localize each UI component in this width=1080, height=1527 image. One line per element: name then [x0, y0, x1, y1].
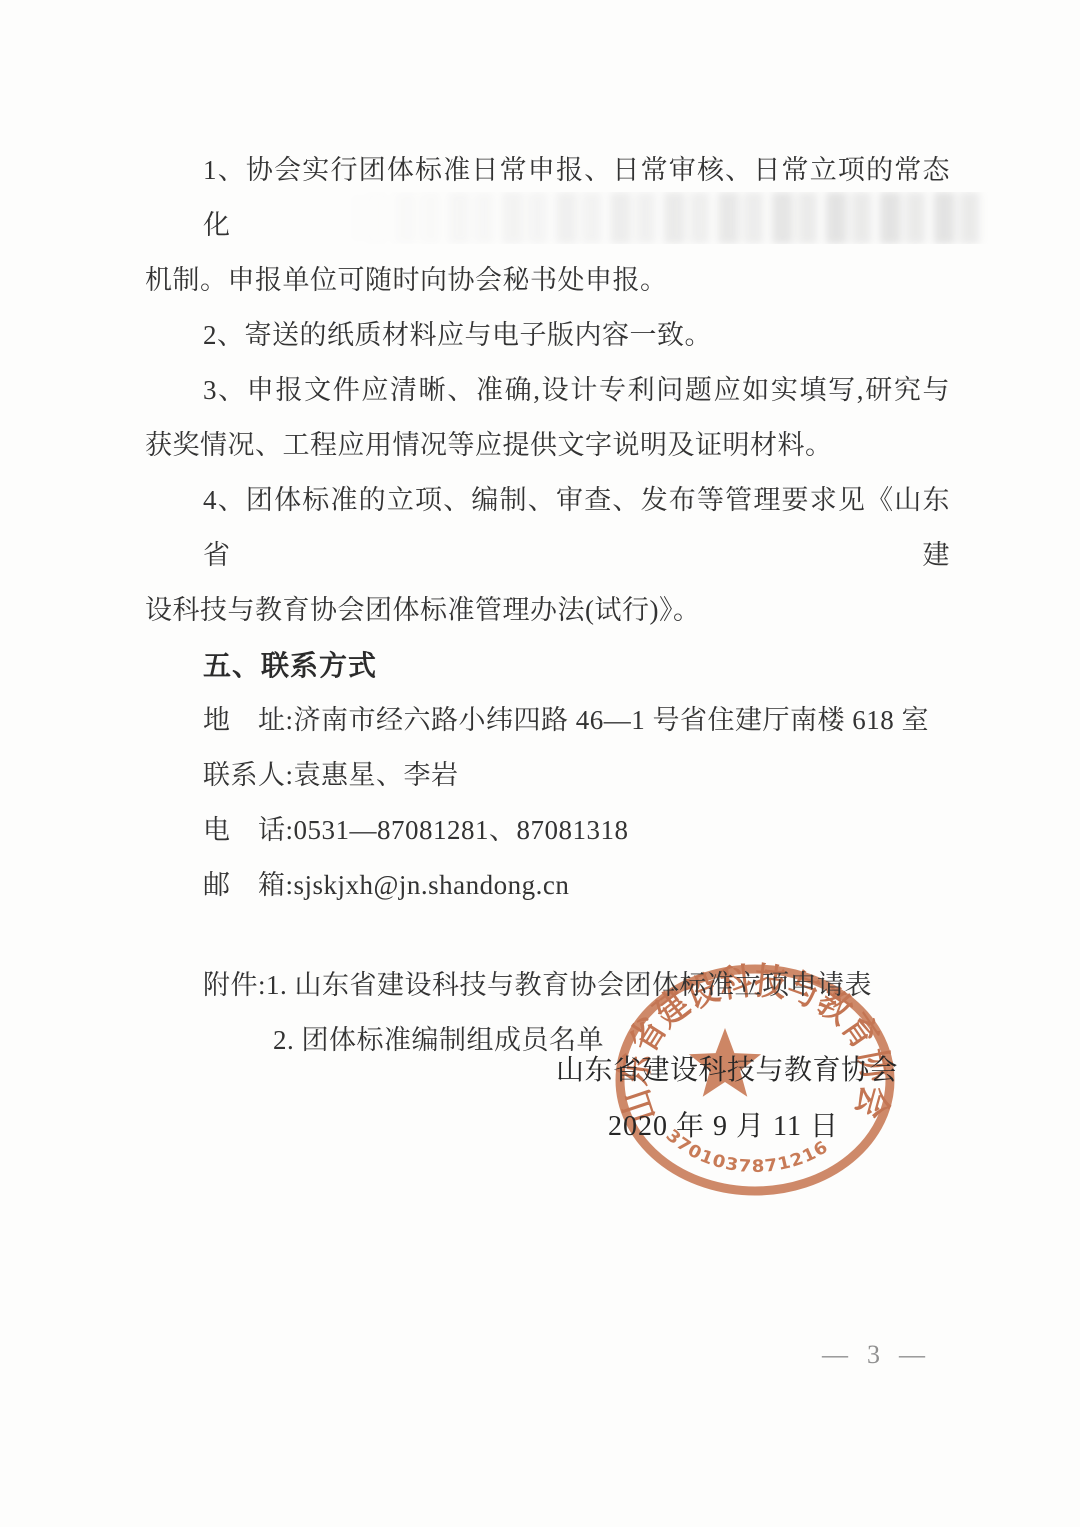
signature-organization: 山东省建设科技与教育协会 — [556, 1048, 898, 1088]
contact-person: 联系人:袁惠星、李岩 — [145, 748, 950, 803]
document-page: 山东省建设科技与教育协会 3701037871216 1、协会实行团体标准日常申… — [0, 0, 1080, 1527]
document-body: 1、协会实行团体标准日常申报、日常审核、日常立项的常态化 机制。申报单位可随时向… — [145, 143, 950, 1068]
paragraph-3-line-2: 获奖情况、工程应用情况等应提供文字说明及证明材料。 — [145, 418, 950, 473]
footer-dash-right: — — [899, 1340, 926, 1370]
footer-dash-left: — — [822, 1340, 849, 1370]
paragraph-1-line-2: 机制。申报单位可随时向协会秘书处申报。 — [145, 253, 950, 308]
contact-email: 邮 箱:sjskjxh@jn.shandong.cn — [145, 858, 950, 913]
paragraph-2: 2、寄送的纸质材料应与电子版内容一致。 — [145, 308, 950, 363]
paragraph-3-line-1: 3、申报文件应清晰、准确,设计专利问题应如实填写,研究与 — [145, 363, 950, 418]
page-footer: — 3 — — [822, 1340, 926, 1370]
page-number: 3 — [867, 1340, 881, 1370]
attachment-line-1: 附件:1. 山东省建设科技与教育协会团体标准立项申请表 — [145, 958, 950, 1013]
contact-address: 地 址:济南市经六路小纬四路 46—1 号省住建厅南楼 618 室 — [145, 693, 950, 748]
contact-phone: 电 话:0531—87081281、87081318 — [145, 803, 950, 858]
section-heading: 五、联系方式 — [145, 638, 950, 693]
signature-date: 2020 年 9 月 11 日 — [608, 1104, 839, 1144]
paragraph-1-line-1: 1、协会实行团体标准日常申报、日常审核、日常立项的常态化 — [145, 143, 950, 253]
paragraph-4-line-2: 设科技与教育协会团体标准管理办法(试行)》。 — [145, 583, 950, 638]
paragraph-4-line-1: 4、团体标准的立项、编制、审查、发布等管理要求见《山东省建 — [145, 473, 950, 583]
